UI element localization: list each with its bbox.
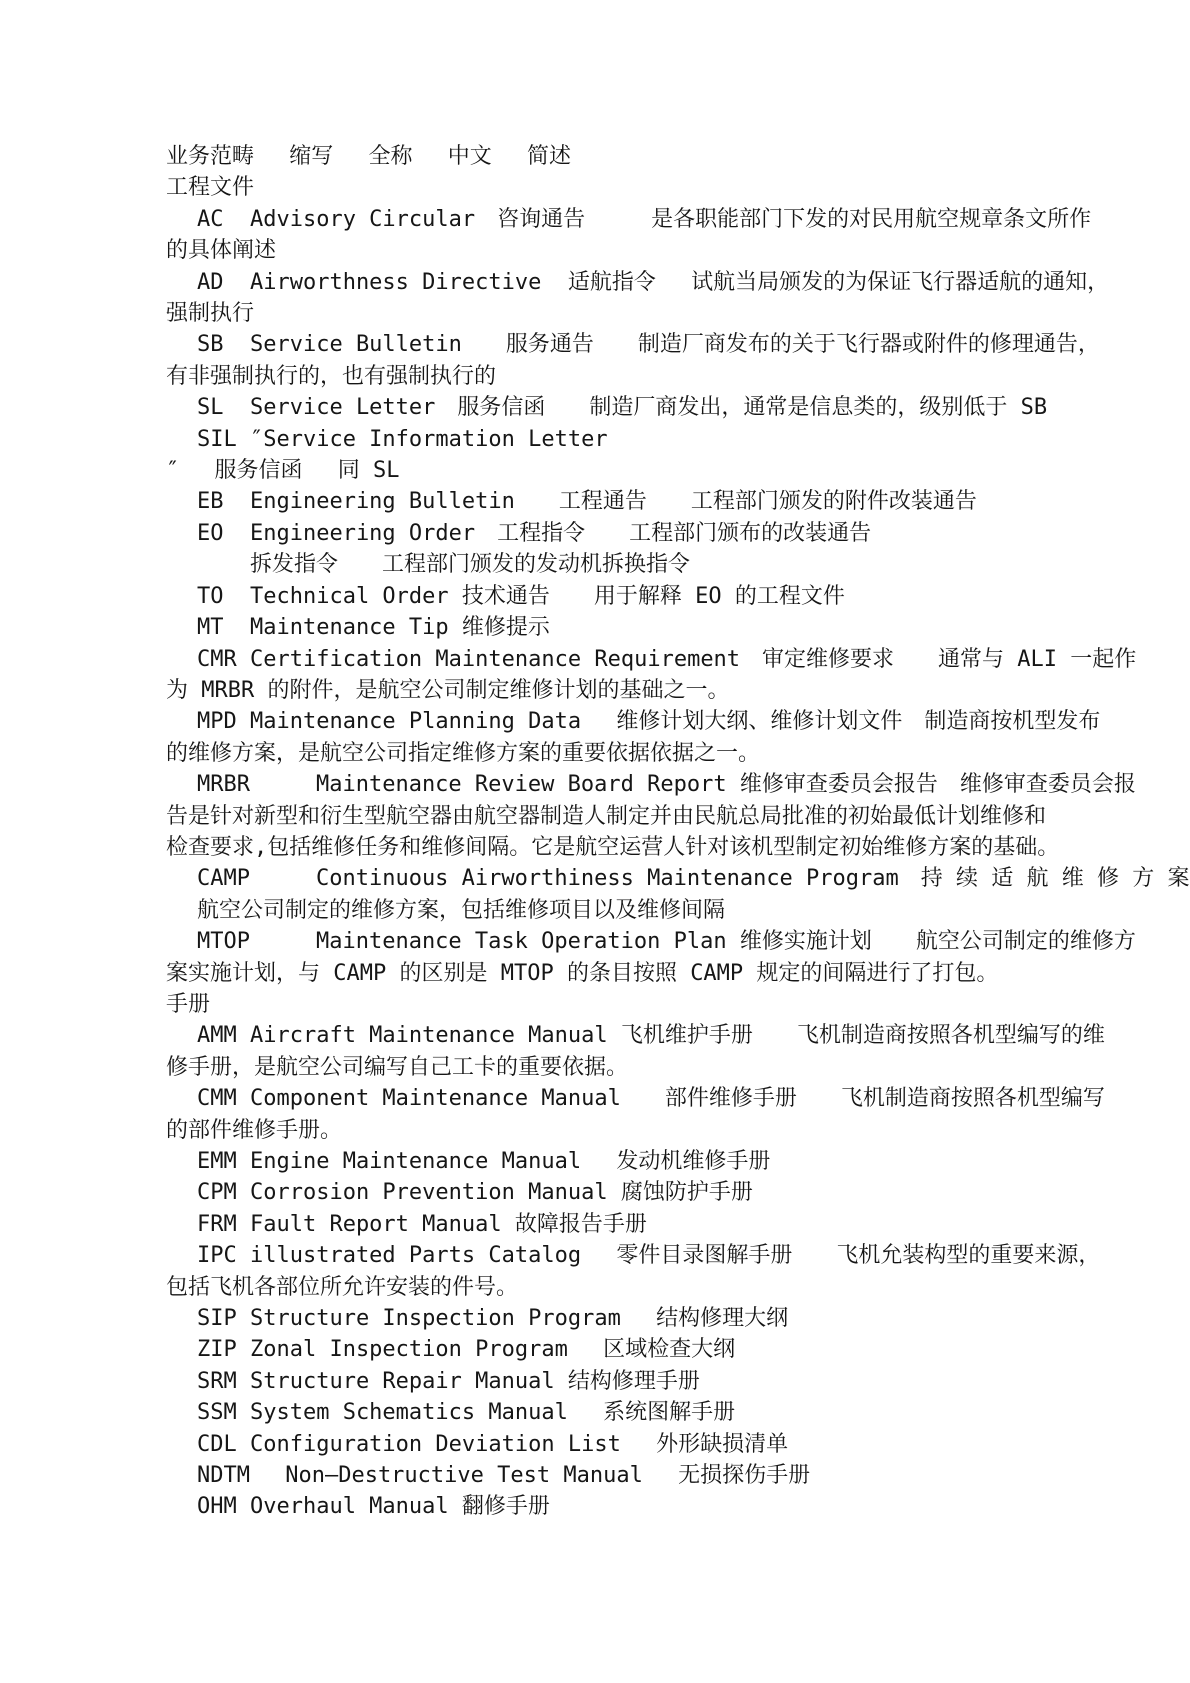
text-line: 告是针对新型和衍生型航空器由航空器制造人制定并由民航总局批准的初始最低计划维修和 — [166, 801, 1038, 832]
text-line: AMM Aircraft Maintenance Manual 飞机维护手册 飞… — [166, 1020, 1038, 1051]
text-line: 为 MRBR 的附件，是航空公司制定维修计划的基础之一。 — [166, 675, 1038, 706]
text-line: 检查要求,包括维修任务和维修间隔。它是航空运营人针对该机型制定初始维修方案的基础… — [166, 832, 1038, 863]
text-line: SB Service Bulletin 服务通告 制造厂商发布的关于飞行器或附件… — [166, 329, 1038, 360]
text-line: 的部件维修手册。 — [166, 1115, 1038, 1146]
text-line: CDL Configuration Deviation List 外形缺损清单 — [166, 1429, 1038, 1460]
text-line: ZIP Zonal Inspection Program 区域检查大纲 — [166, 1334, 1038, 1365]
text-line: AC Advisory Circular 咨询通告 是各职能部门下发的对民用航空… — [166, 204, 1038, 235]
text-line: SSM System Schematics Manual 系统图解手册 — [166, 1397, 1038, 1428]
text-line: MTOP Maintenance Task Operation Plan 维修实… — [166, 926, 1038, 957]
text-line: 的维修方案，是航空公司指定维修方案的重要依据依据之一。 — [166, 738, 1038, 769]
text-line: CAMP Continuous Airworthiness Maintenanc… — [166, 863, 1038, 894]
text-line: 案实施计划，与 CAMP 的区别是 MTOP 的条目按照 CAMP 规定的间隔进… — [166, 958, 1038, 989]
text-line: EB Engineering Bulletin 工程通告 工程部门颁发的附件改装… — [166, 486, 1038, 517]
text-line: FRM Fault Report Manual 故障报告手册 — [166, 1209, 1038, 1240]
text-line: 的具体阐述 — [166, 235, 1038, 266]
text-line: SIL ″Service Information Letter — [166, 424, 1038, 455]
text-line: NDTM Non—Destructive Test Manual 无损探伤手册 — [166, 1460, 1038, 1491]
text-line: SL Service Letter 服务信函 制造厂商发出，通常是信息类的，级别… — [166, 392, 1038, 423]
text-line: MT Maintenance Tip 维修提示 — [166, 612, 1038, 643]
text-line: 强制执行 — [166, 298, 1038, 329]
text-line: EO Engineering Order 工程指令 工程部门颁布的改装通告 — [166, 518, 1038, 549]
text-line: 工程文件 — [166, 172, 1038, 203]
text-line: TO Technical Order 技术通告 用于解释 EO 的工程文件 — [166, 581, 1038, 612]
text-line: 手册 — [166, 989, 1038, 1020]
text-line: AD Airworthness Directive 适航指令 试航当局颁发的为保… — [166, 267, 1038, 298]
text-line: 有非强制执行的，也有强制执行的 — [166, 361, 1038, 392]
text-line: CMR Certification Maintenance Requiremen… — [166, 644, 1038, 675]
document-page: 业务范畴 缩写 全称 中文 简述工程文件AC Advisory Circular… — [0, 0, 1190, 1683]
text-line: 拆发指令 工程部门颁发的发动机拆换指令 — [166, 549, 1038, 580]
text-line: OHM Overhaul Manual 翻修手册 — [166, 1491, 1038, 1522]
text-line: MRBR Maintenance Review Board Report 维修审… — [166, 769, 1038, 800]
text-line: MPD Maintenance Planning Data 维修计划大纲、维修计… — [166, 706, 1038, 737]
text-line: CPM Corrosion Prevention Manual 腐蚀防护手册 — [166, 1177, 1038, 1208]
text-line: 包括飞机各部位所允许安装的件号。 — [166, 1272, 1038, 1303]
text-line: 业务范畴 缩写 全称 中文 简述 — [166, 141, 1038, 172]
text-line: ″ 服务信函 同 SL — [166, 455, 1038, 486]
text-line: CMM Component Maintenance Manual 部件维修手册 … — [166, 1083, 1038, 1114]
text-line: 航空公司制定的维修方案，包括维修项目以及维修间隔 — [166, 895, 1038, 926]
text-line: EMM Engine Maintenance Manual 发动机维修手册 — [166, 1146, 1038, 1177]
text-line: SRM Structure Repair Manual 结构修理手册 — [166, 1366, 1038, 1397]
text-line: 修手册，是航空公司编写自己工卡的重要依据。 — [166, 1052, 1038, 1083]
document-content: 业务范畴 缩写 全称 中文 简述工程文件AC Advisory Circular… — [166, 141, 1038, 1523]
text-line: IPC illustrated Parts Catalog 零件目录图解手册 飞… — [166, 1240, 1038, 1271]
text-line: SIP Structure Inspection Program 结构修理大纲 — [166, 1303, 1038, 1334]
